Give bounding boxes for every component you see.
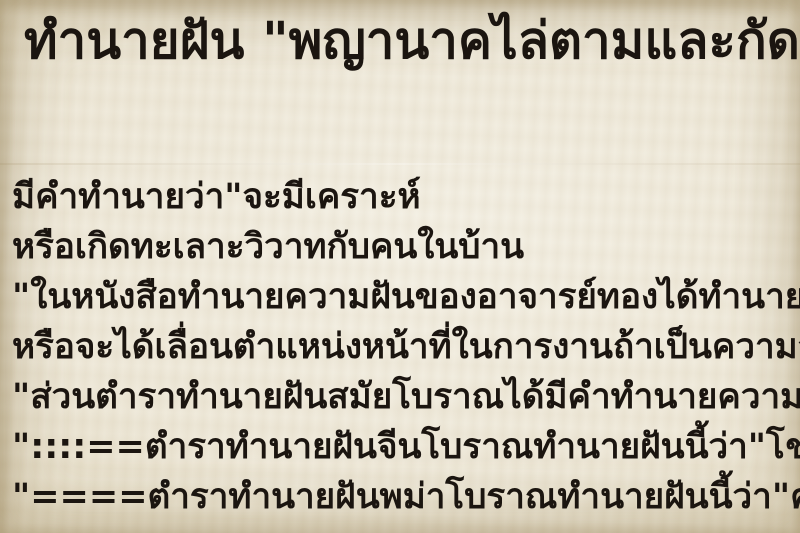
body-line: "ส่วนตำราทำนายฝันสมัยโบราณได้มีคำทำนายคว… [12,372,800,422]
body-line: หรือจะได้เลื่อนตำแหน่งหน้าที่ในการงานถ้า… [12,322,800,372]
page-title: ทำนายฝัน "พญานาคไล่ตามและกัด" [24,8,800,77]
body-line: มีคำทำนายว่า"จะมีเคราะห์ [12,172,800,222]
paper-crease-divider [0,163,800,165]
dream-interpretation-text: มีคำทำนายว่า"จะมีเคราะห์ หรือเกิดทะเลาะว… [12,172,800,522]
body-line: "====ตำราทำนายฝันพม่าโบราณทำนายฝันนี้ว่า… [12,472,800,522]
parchment-page: ทำนายฝัน "พญานาคไล่ตามและกัด" มีคำทำนายว… [0,0,800,533]
body-line: "ในหนังสือทำนายความฝันของอาจารย์ทองได้ทำ… [12,272,800,322]
body-line: "::::==ตำราทำนายฝันจีนโบราณทำนายฝันนี้ว่… [12,422,800,472]
body-line: หรือเกิดทะเลาะวิวาทกับคนในบ้าน [12,222,800,272]
